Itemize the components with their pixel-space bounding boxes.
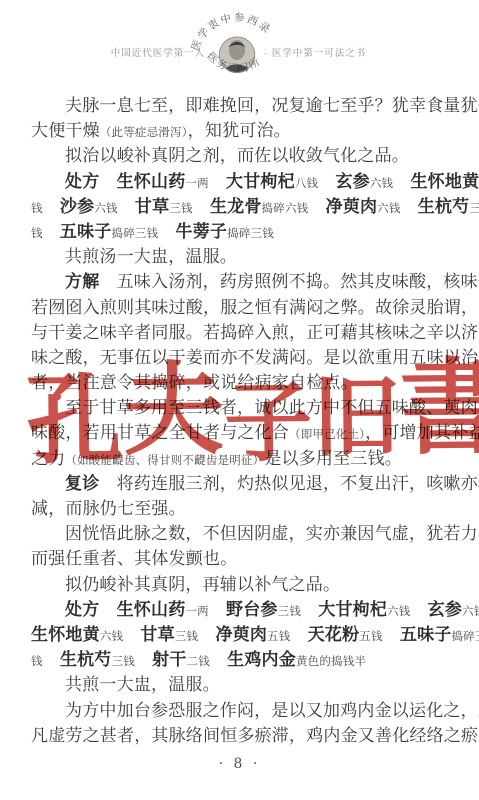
text-line: 与干姜之味辛者同服。若捣碎入煎，正可藉其核味之辛以济皮 (31, 320, 451, 345)
text-line: 处方 生怀山药一两 野台参三钱 大甘枸杞六钱 玄参六钱 (31, 597, 451, 622)
text-line: 钱 沙参六钱 甘草三钱 生龙骨捣碎六钱 净萸肉六钱 生杭芍三 (31, 194, 451, 219)
text-line: 味之酸，无事伍以干姜而亦不发满闷。是以欲重用五味以治嗽 (31, 345, 451, 370)
page-number: · 8 · (0, 756, 479, 772)
text-line: 钱 生杭芍三钱 射干二钱 生鸡内金黄色的捣钱半 (31, 647, 451, 672)
header-caption-left: 中国近代医学第一人 · (111, 45, 213, 59)
text-line: 为方中加台参恐服之作闷，是以又加鸡内金以运化之，且 (31, 698, 451, 723)
text-line: 生怀地黄六钱 甘草三钱 净萸肉五钱 天花粉五钱 五味子捣碎三 (31, 622, 451, 647)
text-line: 复诊 将药连服三剂，灼热似见退，不复出汗，咳嗽亦稍 (31, 471, 451, 496)
text-line: 之力（如酸能齼齿、得甘则不齼齿是明征）是以多用至三钱。 (31, 446, 451, 471)
text-line: 凡虚劳之甚者，其脉络间恒多瘀滞，鸡内金又善化经络之瘀 (31, 723, 451, 748)
text-line: 大便干燥（此等症忌滑泻），知犹可治。 (31, 118, 451, 143)
text-line: 味酸，若用甘草之全甘者与之化合（即甲己化土），可增加其补益 (31, 420, 451, 445)
text-line: 而强任重者、其体发颤也。 (31, 546, 451, 571)
text-line: 至于甘草多用至三钱者，诚以此方中不但五味酸、萸肉亦 (31, 395, 451, 420)
text-line: 共煎一大盅，温服。 (31, 672, 451, 697)
text-line: 处方 生怀山药一两 大甘枸杞八钱 玄参六钱 生怀地黄六 (31, 169, 451, 194)
text-line: 钱 五味子捣碎三钱 牛蒡子捣碎三钱 (31, 219, 451, 244)
text-line: 拟仍峻补其真阴，再辅以补气之品。 (31, 572, 451, 597)
text-line: 方解 五味入汤剂，药房照例不捣。然其皮味酸，核味辛， (31, 269, 451, 294)
text-line: 共煎汤一大盅，温服。 (31, 244, 451, 269)
text-line: 若囫囵入煎则其味过酸，服之恒有满闷之弊。故徐灵胎谓，宜 (31, 295, 451, 320)
header-caption-right: · 医学中第一可法之书 (264, 45, 366, 59)
book-page-scan: 医学衷中参西录 医务讲习所 中国近代医学第一人 · · 医学中第一可法之书 夫脉… (0, 0, 479, 800)
text-line: 者，当注意令其捣碎，或说给病家自检点。 (31, 370, 451, 395)
text-line: 减，而脉仍七至强。 (31, 496, 451, 521)
text-line: 夫脉一息七至，即难挽回，况复逾七至乎？犹幸食量犹佳， (31, 93, 451, 118)
text-line: 因恍悟此脉之数，不但因阴虚，实亦兼因气虚，犹若力小 (31, 521, 451, 546)
body-text: 夫脉一息七至，即难挽回，况复逾七至乎？犹幸食量犹佳，大便干燥（此等症忌滑泻），知… (31, 93, 451, 748)
text-line: 拟治以峻补真阴之剂，而佐以收敛气化之品。 (31, 143, 451, 168)
